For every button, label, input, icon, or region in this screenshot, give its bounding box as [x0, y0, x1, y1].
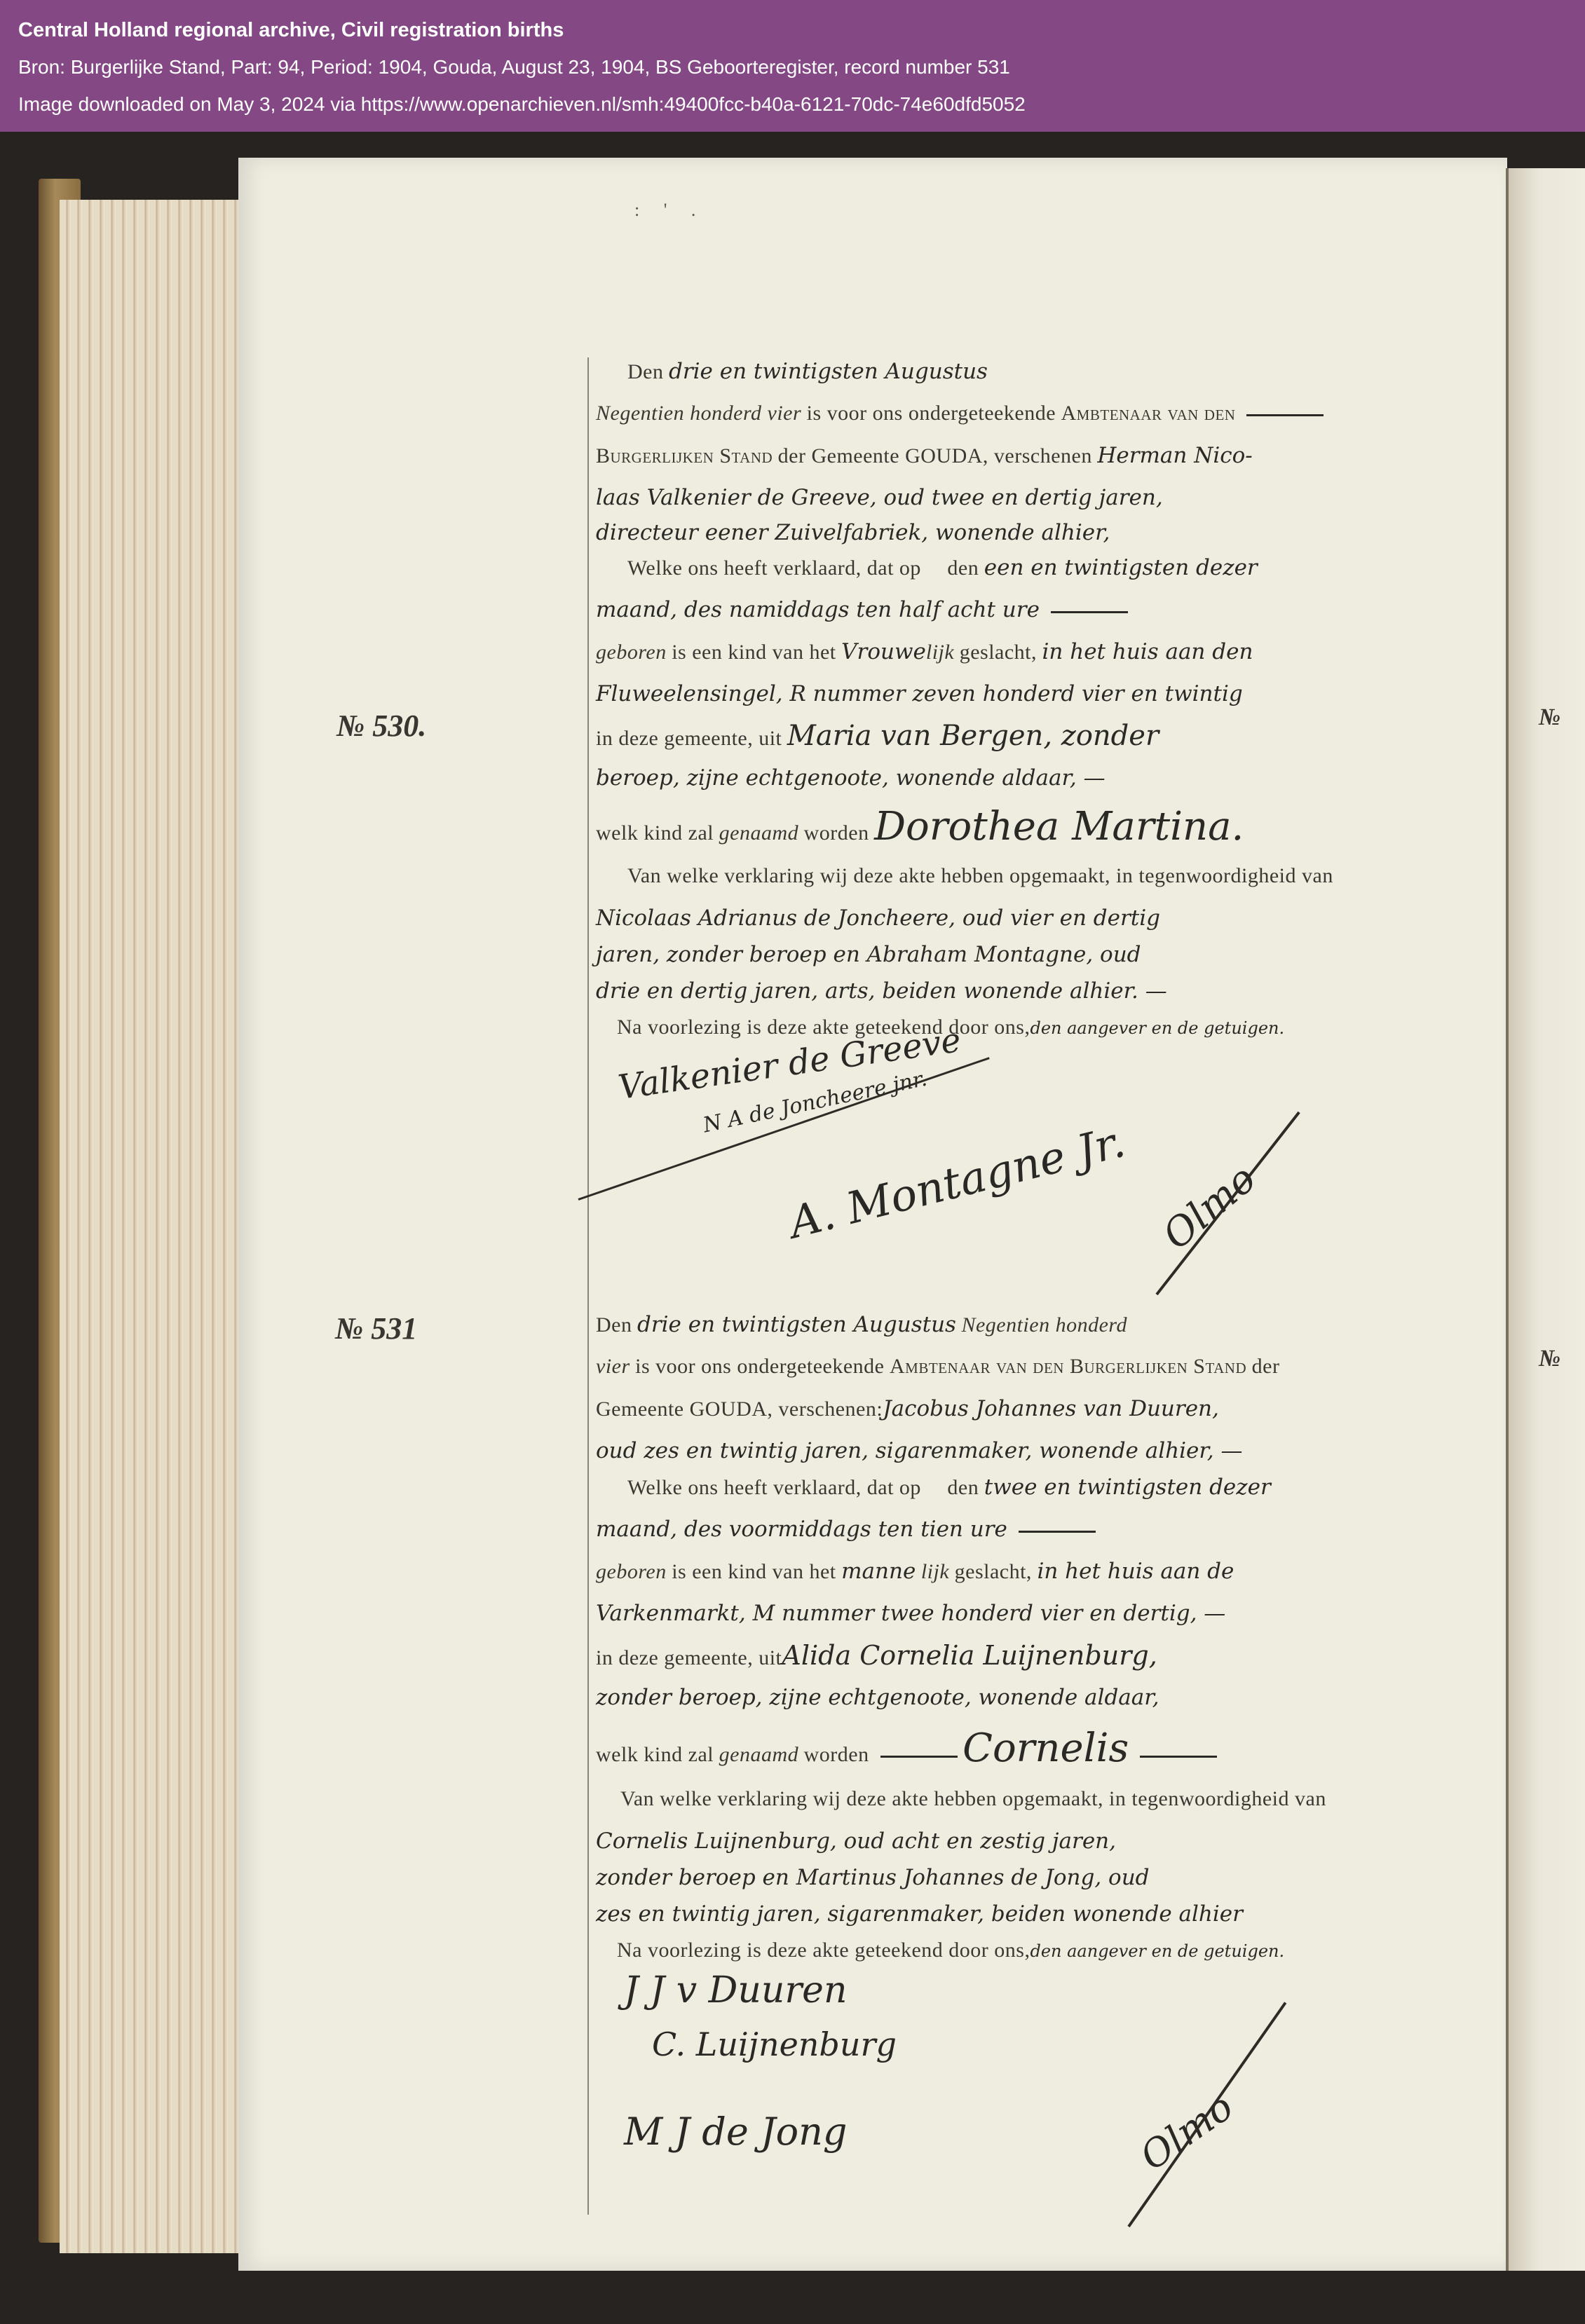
facing-page-record-marker: № — [1539, 1346, 1560, 1372]
signature-witness-1: C. Luijnenburg — [652, 2025, 897, 2063]
birth-record-531: Den drie en twintigsten Augustus Negenti… — [596, 1304, 1458, 1971]
child-name: Cornelis — [962, 1725, 1129, 1771]
archive-title: Central Holland regional archive, Civil … — [18, 17, 1567, 43]
signature-witness-2: M J de Jong — [624, 2110, 847, 2154]
mother-name: Alida Cornelia Luijnenburg, — [782, 1640, 1157, 1671]
witness-1: Nicolaas Adrianus de Joncheere, oud vier… — [596, 905, 1160, 931]
page-stack-edges — [60, 200, 238, 2253]
witness-2: jaren, zonder beroep en Abraham Montagne… — [596, 942, 1141, 967]
declarant-name: Herman Nico- — [1097, 443, 1252, 468]
source-citation: Bron: Burgerlijke Stand, Part: 94, Perio… — [18, 54, 1567, 81]
facing-page-record-marker: № — [1539, 704, 1560, 731]
mother-name: Maria van Bergen, zonder — [787, 720, 1159, 752]
child-sex: Vrouwe — [841, 639, 926, 664]
handwritten-date: drie en twintigsten Augustus — [637, 1312, 956, 1337]
archive-banner: Central Holland regional archive, Civil … — [0, 0, 1585, 132]
witness-1: Cornelis Luijnenburg, oud acht en zestig… — [596, 1829, 1116, 1854]
record-number-530: № 530. — [336, 708, 426, 744]
child-name: Dorothea Martina. — [874, 804, 1244, 849]
handwritten-date: drie en twintigsten Augustus — [669, 359, 988, 384]
witness-2: zonder beroep en Martinus Johannes de Jo… — [596, 1865, 1150, 1890]
declarant-name: Jacobus Johannes van Duuren, — [883, 1396, 1219, 1421]
page-smudge-marks: : ' . — [634, 200, 705, 221]
birth-address: Fluweelensingel, R nummer zeven honderd … — [596, 681, 1243, 706]
child-sex: manne — [841, 1559, 916, 1584]
record-number-531: № 531 — [335, 1311, 417, 1346]
facing-page-edge — [1509, 168, 1585, 2271]
signature-declarant: J J v Duuren — [624, 1969, 847, 2011]
birth-address: Varkenmarkt, M nummer twee honderd vier … — [596, 1601, 1225, 1626]
margin-rule — [587, 357, 589, 2215]
download-note: Image downloaded on May 3, 2024 via http… — [18, 91, 1567, 118]
birth-record-530: Den drie en twintigsten Augustus Negenti… — [596, 350, 1458, 1048]
